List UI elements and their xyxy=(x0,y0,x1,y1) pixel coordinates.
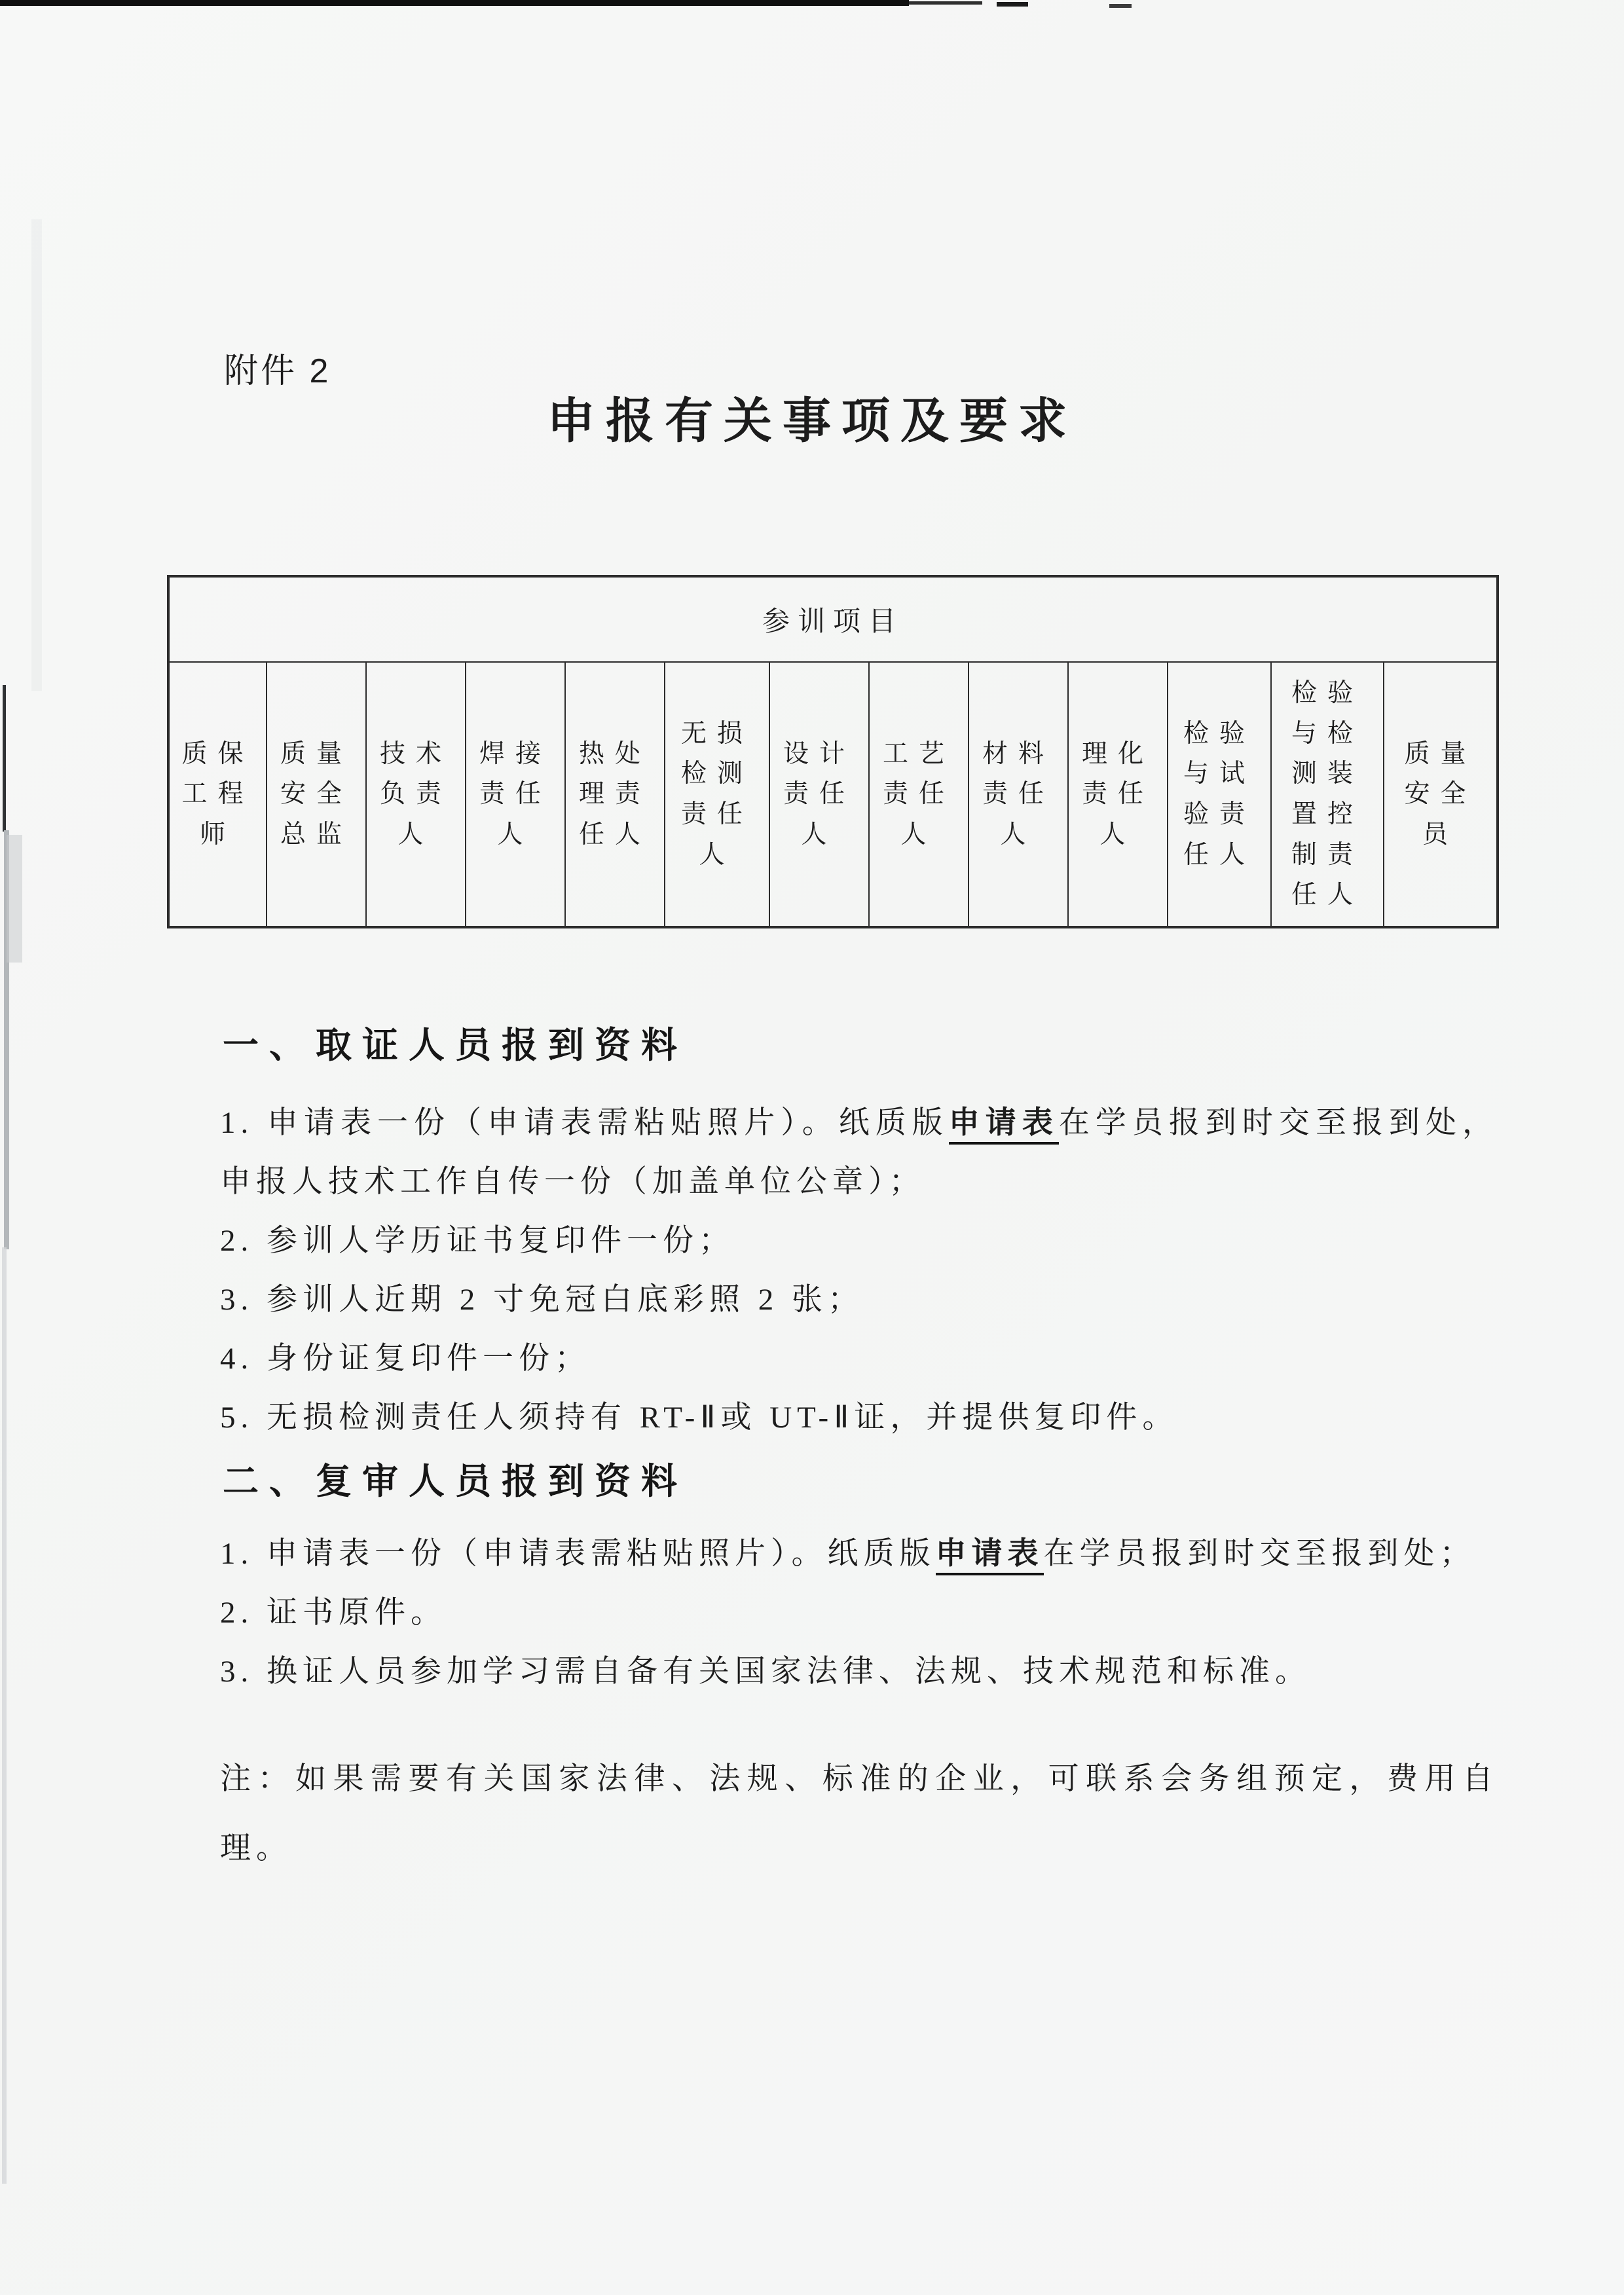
document-body: 一、取证人员报到资料 1. 申请表一份（申请表需粘贴照片）。纸质版申请表在学员报… xyxy=(220,1021,1498,1883)
role-label: 工艺责任人 xyxy=(881,734,956,855)
table-cell-5: 热处理责任人 xyxy=(565,662,665,927)
item-text: 1. 申请表一份（申请表需粘贴照片）。纸质版 xyxy=(220,1106,949,1140)
role-label: 焊接责任人 xyxy=(478,734,553,855)
role-label: 无损检测责任人 xyxy=(680,714,754,875)
role-label: 设计责任人 xyxy=(782,734,857,855)
list-item: 2. 参训人学历证书复印件一份； xyxy=(220,1211,1498,1270)
role-label: 质量安全员 xyxy=(1403,734,1478,855)
footnote: 注：如果需要有关国家法律、法规、标准的企业，可联系会务组预定，费用自理。 xyxy=(220,1744,1498,1883)
list-item: 2. 证书原件。 xyxy=(220,1583,1498,1642)
table-cell-2: 质量安全总监 xyxy=(267,662,366,927)
role-label: 技术负责人 xyxy=(378,734,453,855)
list-item: 3. 换证人员参加学习需自备有关国家法律、法规、技术规范和标准。 xyxy=(220,1642,1498,1701)
scan-artifact-top-edge xyxy=(0,0,909,6)
role-label: 理化责任人 xyxy=(1080,734,1155,855)
document-page: 附件 2 申报有关事项及要求 参训项目 质保工程师 质量安全总监 技术负责人 焊… xyxy=(0,0,1624,2295)
table-cell-6: 无损检测责任人 xyxy=(665,662,769,927)
list-item: 5. 无损检测责任人须持有 RT-Ⅱ或 UT-Ⅱ证，并提供复印件。 xyxy=(220,1388,1498,1447)
scan-artifact-top-edge xyxy=(909,1,982,5)
table-cell-4: 焊接责任人 xyxy=(466,662,565,927)
table-cell-3: 技术负责人 xyxy=(366,662,466,927)
role-label: 检验与检测装置控制责任人 xyxy=(1290,673,1365,915)
table-cell-12: 检验与检测装置控制责任人 xyxy=(1271,662,1384,927)
item-text: 1. 申请表一份（申请表需粘贴照片）。纸质版 xyxy=(220,1537,936,1571)
role-label: 材料责任人 xyxy=(981,734,1056,855)
scan-artifact-left-edge xyxy=(3,685,6,832)
table-cell-9: 材料责任人 xyxy=(969,662,1068,927)
scan-artifact-left-edge xyxy=(31,219,42,691)
scan-artifact-top-edge xyxy=(997,2,1028,7)
training-projects-table: 参训项目 质保工程师 质量安全总监 技术负责人 焊接责任人 热处理责任人 无损检… xyxy=(167,575,1499,928)
role-label: 检验与试验责任人 xyxy=(1182,714,1257,875)
role-label: 质保工程师 xyxy=(181,734,255,855)
section-2-heading: 二、复审人员报到资料 xyxy=(223,1458,1498,1505)
item-emphasis-underline: 申请表 xyxy=(949,1106,1059,1145)
table-title-cell: 参训项目 xyxy=(168,576,1498,662)
item-text: 在学员报到时交至报到处； xyxy=(1044,1537,1476,1571)
table-row: 质保工程师 质量安全总监 技术负责人 焊接责任人 热处理责任人 无损检测责任人 … xyxy=(168,662,1498,927)
list-item: 4. 身份证复印件一份； xyxy=(220,1329,1498,1388)
role-label: 热处理责任人 xyxy=(578,734,652,855)
table-cell-1: 质保工程师 xyxy=(168,662,267,927)
scan-artifact-top-edge xyxy=(1109,4,1132,8)
table-cell-7: 设计责任人 xyxy=(769,662,869,927)
item-emphasis-underline: 申请表 xyxy=(936,1537,1044,1575)
section-1-heading: 一、取证人员报到资料 xyxy=(223,1021,1498,1069)
scan-artifact-left-edge xyxy=(2,1247,7,2184)
page-title: 申报有关事项及要求 xyxy=(0,382,1624,452)
table-cell-10: 理化责任人 xyxy=(1068,662,1168,927)
scan-artifact-left-edge xyxy=(4,830,9,1249)
table-cell-8: 工艺责任人 xyxy=(869,662,969,927)
scan-artifact-left-edge xyxy=(7,835,22,963)
table-cell-11: 检验与试验责任人 xyxy=(1168,662,1271,927)
table-cell-13: 质量安全员 xyxy=(1384,662,1498,927)
list-item: 1. 申请表一份（申请表需粘贴照片）。纸质版申请表在学员报到时交至报到处； xyxy=(220,1524,1498,1583)
list-item: 3. 参训人近期 2 寸免冠白底彩照 2 张； xyxy=(220,1270,1498,1329)
role-label: 质量安全总监 xyxy=(279,734,354,855)
list-item: 1. 申请表一份（申请表需粘贴照片）。纸质版申请表在学员报到时交至报到处，申报人… xyxy=(220,1093,1498,1211)
